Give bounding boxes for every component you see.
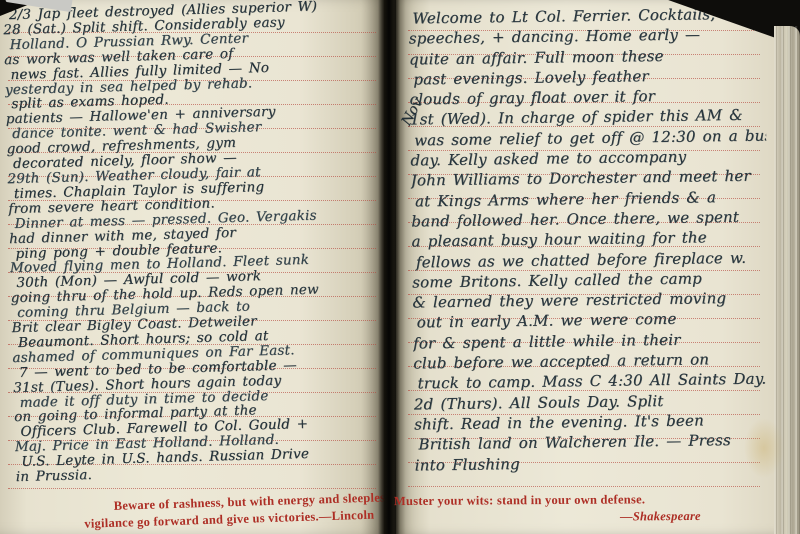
diary-left-page: 2/3 Jap fleet destroyed (Allies superior… (0, 0, 384, 534)
diary-right-page: Welcome to Lt Col. Ferrier. Cocktails,sp… (396, 0, 774, 534)
handwriting-left-entries: 2/3 Jap fleet destroyed (Allies superior… (3, 0, 388, 534)
paper-stain (744, 418, 784, 478)
quote-author: —Shakespeare (394, 508, 701, 527)
book-gutter (378, 0, 400, 534)
diary-photo: 2/3 Jap fleet destroyed (Allies superior… (0, 0, 800, 534)
printed-quote-shakespeare: Muster your wits: stand in your own defe… (394, 491, 701, 527)
handwriting-line: into Flushing (415, 450, 771, 475)
handwriting-right-entries: Welcome to Lt Col. Ferrier. Cocktails,sp… (408, 4, 771, 534)
quote-line: Muster your wits: stand in your own defe… (394, 492, 645, 508)
